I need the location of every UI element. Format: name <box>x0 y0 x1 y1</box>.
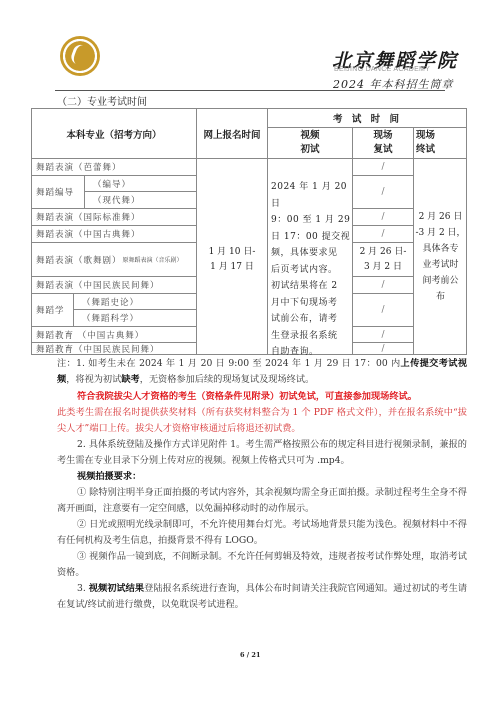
former-major-note: 原舞蹈表演（音乐剧） <box>123 255 183 264</box>
retest-education-classical: / <box>353 327 413 342</box>
retest-folk: / <box>353 277 413 293</box>
major-ballroom: 舞蹈表演（国际标准舞） <box>32 209 196 225</box>
header-onsite-final: 现场 终试 <box>416 128 466 158</box>
header-onsite-retest: 现场 复试 <box>353 128 413 158</box>
onsite-final-info: 2 月 26 日 -3 月 2 日， 具体各专 业考试时 间考前公 布 <box>414 209 467 309</box>
retest-choreography: / <box>353 176 413 208</box>
direction-dance-science: （舞蹈科学） <box>74 310 196 326</box>
major-classical-chinese: 舞蹈表演（中国古典舞） <box>32 226 196 242</box>
video-requirement-2: ② 日光或照明光线录制即可，不允许使用舞台灯光。考试场地背景只能为浅色。视频材料… <box>57 517 467 549</box>
direction-choreography: （编导） <box>85 176 196 191</box>
retest-ballroom: / <box>353 209 413 225</box>
header-major: 本科专业（招考方向） <box>32 109 196 158</box>
video-requirement-1: ① 除特别注明半身正面拍摄的考试内容外，其余视频均需全身正面拍摄。录制过程考生全… <box>57 485 467 517</box>
major-song-dance-drama: 舞蹈表演（歌舞剧）原舞蹈表演（音乐剧） <box>32 243 196 276</box>
note-2: 2. 具体系统登陆及操作方式详见附件 1。考生需严格按照公布的规定科目进行视频录… <box>57 437 467 469</box>
major-group-choreography: 舞蹈编导 <box>32 176 84 208</box>
brand-name-en: BEIJING DANCE ACADEMY <box>334 66 430 73</box>
direction-modern-dance: （现代舞） <box>85 192 196 208</box>
retest-classical: / <box>353 226 413 242</box>
section-title: （二）专业考试时间 <box>57 93 147 108</box>
video-initial-info: 2024 年 1 月 20 日 9：00 至 1 月 29 日 17：00 提交… <box>271 179 351 349</box>
header-registration: 网上报名时间 <box>197 109 267 158</box>
major-education-classical: 舞蹈教育 （中国古典舞） <box>32 327 196 342</box>
major-education-folk: 舞蹈教育（中国民族民间舞） <box>32 343 196 355</box>
note-1: 注：1. 如考生未在 2024 年 1 月 20 日 9:00 至 2024 年… <box>57 356 467 388</box>
major-folk-dance: 舞蹈表演（中国民族民间舞） <box>32 277 196 293</box>
note-3: 3. 视频初试结果登陆报名系统进行查询，具体公布时间请关注我院官网通知。通过初试… <box>57 581 467 613</box>
header-divider <box>55 90 445 91</box>
retest-ballet: / <box>353 159 413 175</box>
major-ballet: 舞蹈表演（芭蕾舞） <box>32 159 196 175</box>
retest-education-folk: / <box>353 343 413 355</box>
academy-logo-icon <box>60 36 100 76</box>
video-requirement-3: ③ 视频作品一镜到底，不间断录制。不允许任何剪辑及特效，违规者按考试作弊处理，取… <box>57 549 467 581</box>
header-video-initial: 视频 初试 <box>268 128 352 158</box>
registration-period: 1 月 10 日- 1 月 17 日 <box>197 243 267 277</box>
major-group-dance-studies: 舞蹈学 <box>32 294 73 326</box>
video-requirements-title: 视频拍摄要求： <box>77 469 487 485</box>
header-exam-time: 考 试 时 间 <box>268 109 467 127</box>
retest-dance-studies: / <box>353 294 413 326</box>
direction-dance-history: （舞蹈史论） <box>74 294 196 309</box>
top-talent-note: 符合我院拔尖人才资格的考生（资格条件见附录）初试免试，可直接参加现场终试。 <box>77 389 467 405</box>
page-number: 6 / 21 <box>240 651 260 659</box>
exam-schedule-table: 本科专业（招考方向） 网上报名时间 考 试 时 间 视频 初试 现场 复试 现场… <box>31 108 467 355</box>
retest-song-dance-drama: 2 月 26 日- 3 月 2 日 <box>353 243 413 276</box>
top-talent-detail: 此类考生需在报名时提供获奖材料（所有获奖材料整合为 1 个 PDF 格式文件），… <box>57 405 467 437</box>
